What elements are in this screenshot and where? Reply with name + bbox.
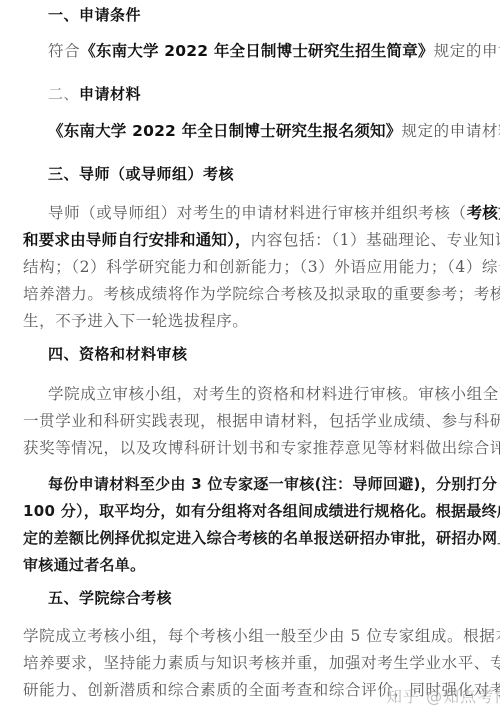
paragraph-line: 培养要求，坚持能力素质与知识考核并重，加强对考生学业水平、专业素养、科 xyxy=(23,653,500,673)
bold-paragraph-line: 每份申请材料至少由 3 位专家逐一审核(注：导师回避)，分别打分（满分 xyxy=(48,474,500,494)
section-heading-4: 四、资格和材料审核 xyxy=(48,344,188,364)
section-heading-5: 五、学院综合考核 xyxy=(48,588,172,608)
heading-number: 三、 xyxy=(48,165,79,183)
bold-paragraph-line: 100 分），取平均分，如有分组将对各组间成绩进行规格化。根据最终成绩按一 xyxy=(23,501,500,521)
section-heading-3: 三、导师（或导师组）考核 xyxy=(48,164,234,184)
heading-number: 一、 xyxy=(48,6,79,24)
paragraph-line: 学院成立考核小组，每个考核小组一般至少由 5 位专家组成。根据本学科特点和 xyxy=(23,626,500,646)
heading-number: 四、 xyxy=(48,345,79,363)
section-heading-2: 二、申请材料 xyxy=(48,84,141,104)
paragraph-line: 符合《东南大学 2022 年全日制博士研究生招生简章》规定的申请条件。 xyxy=(48,41,500,61)
paragraph-line: 导师（或导师组）对考生的申请材料进行审核并组织考核（考核方式、时间 xyxy=(48,203,500,223)
paragraph-line: 《东南大学 2022 年全日制博士研究生报名须知》规定的申请材料。 xyxy=(48,121,500,141)
bold-text-segment: 考核方式、时间 xyxy=(467,204,500,222)
heading-title: 申请材料 xyxy=(79,85,141,103)
text-segment: 导师（或导师组）对考生的申请材料进行审核并组织考核（ xyxy=(48,204,467,222)
paragraph-line: 和要求由导师自行安排和通知），内容包括：（1）基础理论、专业知识和知识 xyxy=(23,230,500,250)
heading-title: 导师（或导师组）考核 xyxy=(79,165,234,183)
text-segment: 规定的申请条件。 xyxy=(434,42,500,60)
heading-title: 学院综合考核 xyxy=(79,589,172,607)
paragraph-line: 一贯学业和科研实践表现，根据申请材料，包括学业成绩、参与科研、发表论文、 xyxy=(23,411,500,431)
text-segment: 规定的申请材料。 xyxy=(401,122,500,140)
paragraph-line: 结构；（2）科学研究能力和创新能力；（3）外语应用能力；（4）综合素质和 xyxy=(23,257,500,277)
heading-number: 五、 xyxy=(48,589,79,607)
bold-paragraph-line: 审核通过者名单。 xyxy=(23,555,145,575)
heading-number: 二、 xyxy=(48,85,79,103)
bold-paragraph-line: 定的差额比例择优拟定进入综合考核的名单报送研招办审批，研招办网上公示 xyxy=(23,528,500,548)
heading-title: 资格和材料审核 xyxy=(79,345,188,363)
paragraph-line: 学院成立审核小组，对考生的资格和材料进行审核。审核小组全面考查考生 xyxy=(48,384,500,404)
bold-document-title: 《东南大学 2022 年全日制博士研究生招生简章》 xyxy=(80,42,433,60)
paragraph-line: 生，不予进入下一轮选拔程序。 xyxy=(23,311,248,331)
heading-title: 申请条件 xyxy=(79,6,141,24)
section-heading-1: 一、申请条件 xyxy=(48,5,141,25)
document-page: 一、申请条件 符合《东南大学 2022 年全日制博士研究生招生简章》规定的申请条… xyxy=(0,0,500,714)
watermark: 知乎 @知点考博 xyxy=(386,684,500,707)
text-segment: 内容包括：（1）基础理论、专业知识和知识 xyxy=(251,231,500,249)
paragraph-line: 获奖等情况，以及攻博科研计划书和专家推荐意见等材料做出综合评价。 xyxy=(23,438,500,458)
text-segment: 符合 xyxy=(48,42,80,60)
bold-text-segment: 和要求由导师自行安排和通知）， xyxy=(23,231,251,249)
paragraph-line: 培养潜力。考核成绩将作为学院综合考核及拟录取的重要参考；考核不通过的考 xyxy=(23,284,500,304)
bold-document-title: 《东南大学 2022 年全日制博士研究生报名须知》 xyxy=(48,122,401,140)
